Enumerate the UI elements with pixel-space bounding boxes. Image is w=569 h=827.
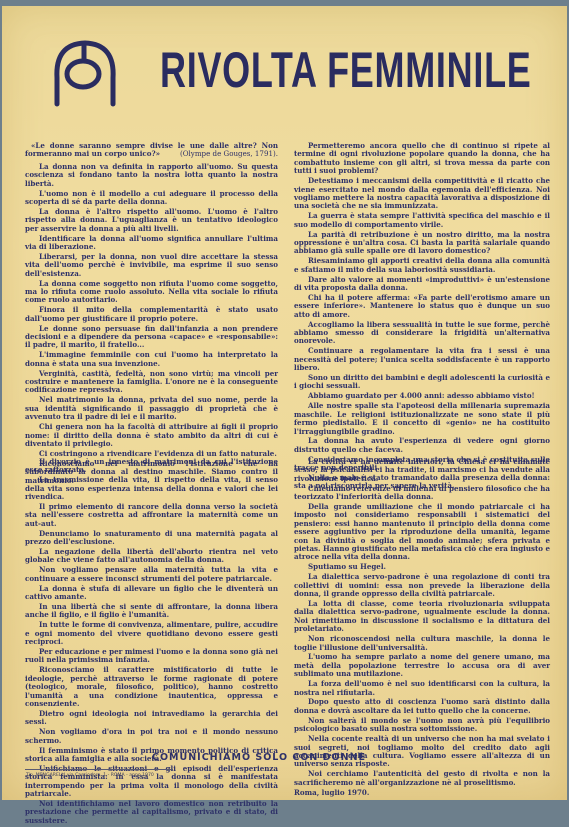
paragraph: La guerra è stata sempre l'attività spec… bbox=[294, 212, 550, 229]
paragraph: La lotta di classe, come teoria rivoluzi… bbox=[294, 600, 550, 634]
closing-slogan: COMUNICHIAMO SOLO CON DONNE bbox=[152, 752, 366, 763]
paragraph: Chiediamo referenze di millenni di pensi… bbox=[294, 485, 550, 502]
paragraph: La donna è stufa di allevare un figlio c… bbox=[25, 585, 278, 602]
paragraph: Liberarsi, per la donna, non vuol dire a… bbox=[25, 253, 278, 278]
paragraph: Permetteremo ancora quello che di contin… bbox=[294, 142, 550, 176]
paragraph: Le donne sono persuase fin dall'infanzia… bbox=[25, 325, 278, 350]
paragraph: Accogliamo la libera sessualità in tutte… bbox=[294, 321, 550, 346]
masthead: RIVOLTA FEMMINILE bbox=[47, 34, 527, 114]
paragraph: Finora il mito della complementarità è s… bbox=[25, 306, 278, 323]
paragraph: Denunciamo lo snaturamento di una matern… bbox=[25, 530, 278, 547]
paragraph: Il primo elemento di rancore della donna… bbox=[25, 503, 278, 528]
paragraph: Detestiamo i meccanismi della competitiv… bbox=[294, 177, 550, 211]
paragraph: Noi cerchiamo l'autenticità del gesto di… bbox=[294, 770, 550, 787]
feminist-symbol-icon bbox=[47, 38, 122, 108]
paragraph: La donna ha avuto l'esperienza di vedere… bbox=[294, 437, 550, 454]
masthead-title: RIVOLTA FEMMINILE bbox=[160, 40, 532, 100]
paragraph: La civiltà ci ha definite inferiori, la … bbox=[294, 458, 550, 483]
paragraph: La donna come soggetto non rifiuta l'uom… bbox=[25, 280, 278, 305]
paragraph: Non salterà il mondo se l'uomo non avrà … bbox=[294, 717, 550, 734]
paragraph: Sono un diritto dei bambini e degli adol… bbox=[294, 374, 550, 391]
paragraph: Non riconoscendosi nella cultura maschil… bbox=[294, 635, 550, 652]
paragraph: L'immagine femminile con cui l'uomo ha i… bbox=[25, 351, 278, 368]
paragraph: Riesaminiamo gli apporti creativi della … bbox=[294, 257, 550, 274]
paragraph: Della grande umiliazione che il mondo pa… bbox=[294, 503, 550, 562]
column-right-bottom: La civiltà ci ha definite inferiori, la … bbox=[294, 458, 550, 798]
paragraph: La parità di retribuzione è un nostro di… bbox=[294, 231, 550, 256]
paragraph: In una libertà che si sente di affrontar… bbox=[25, 603, 278, 620]
paragraph: Dopo questo atto di coscienza l'uomo sar… bbox=[294, 698, 550, 715]
paragraph: La donna non va definita in rapporto all… bbox=[25, 163, 278, 188]
signoff-date: Roma, luglio 1970. bbox=[294, 789, 550, 797]
epigraph: «Le donne saranno sempre divise le une d… bbox=[25, 142, 278, 159]
manifesto-page: RIVOLTA FEMMINILE «Le donne saranno semp… bbox=[2, 6, 567, 800]
column-right-top: Permetteremo ancora quello che di contin… bbox=[294, 142, 550, 492]
printer-imprint: Tip. MENGARELLI via Cassiodoro, 1 - ROMA… bbox=[26, 773, 154, 778]
paragraph: Abbiamo guardato per 4.000 anni: adesso … bbox=[294, 392, 550, 400]
paragraph: L'uomo ha sempre parlato a nome del gene… bbox=[294, 653, 550, 678]
paragraph: La dialettica servo-padrone è una regola… bbox=[294, 573, 550, 598]
paragraph: Sputiamo su Hegel. bbox=[294, 563, 550, 571]
paragraph: Riconosciamo il carattere mistificatorio… bbox=[25, 666, 278, 708]
paragraph: Chi ha il potere afferma: «Fa parte dell… bbox=[294, 294, 550, 319]
paragraph: Non vogliamo pensare alla maternità tutt… bbox=[25, 566, 278, 583]
paragraph: La trasmissione della vita, il rispetto … bbox=[25, 476, 278, 501]
paragraph: La forza dell'uomo è nel suo identificar… bbox=[294, 680, 550, 697]
paragraph: Identificare la donna all'uomo significa… bbox=[25, 235, 278, 252]
paragraph: Dare alto valore ai momenti «improduttiv… bbox=[294, 276, 550, 293]
paragraph: La donna è l'altro rispetto all'uomo. L'… bbox=[25, 208, 278, 233]
column-left-bottom: Il divorzio è un innesto di matrimoni da… bbox=[25, 458, 278, 800]
paragraph: La negazione della libertà dell'aborto r… bbox=[25, 548, 278, 565]
epigraph-attribution: (Olympe de Gouges, 1791). bbox=[174, 150, 278, 158]
paragraph: Alle nostre spalle sta l'apoteosi della … bbox=[294, 402, 550, 436]
footer-divider bbox=[25, 769, 173, 770]
paragraph: Dietro ogni ideologia noi intravediamo l… bbox=[25, 710, 278, 727]
paragraph: L'uomo non è il modello a cui adeguare i… bbox=[25, 190, 278, 207]
paragraph: Nel matrimonio la donna, privata del suo… bbox=[25, 396, 278, 421]
column-left-top: «Le donne saranno sempre divise le une d… bbox=[25, 142, 278, 486]
paragraph: In tutte le forme di convivenza, aliment… bbox=[25, 621, 278, 646]
paragraph: Continuare a regolamentare la vita fra i… bbox=[294, 347, 550, 372]
paragraph: Verginità, castità, fedeltà, non sono vi… bbox=[25, 370, 278, 395]
paragraph: Per educazione e per mimesi l'uomo e la … bbox=[25, 648, 278, 665]
paragraph: Non vogliamo d'ora in poi tra noi e il m… bbox=[25, 728, 278, 745]
paragraph: Il divorzio è un innesto di matrimoni da… bbox=[25, 458, 278, 475]
paragraph: Chi genera non ha la facoltà di attribui… bbox=[25, 423, 278, 448]
